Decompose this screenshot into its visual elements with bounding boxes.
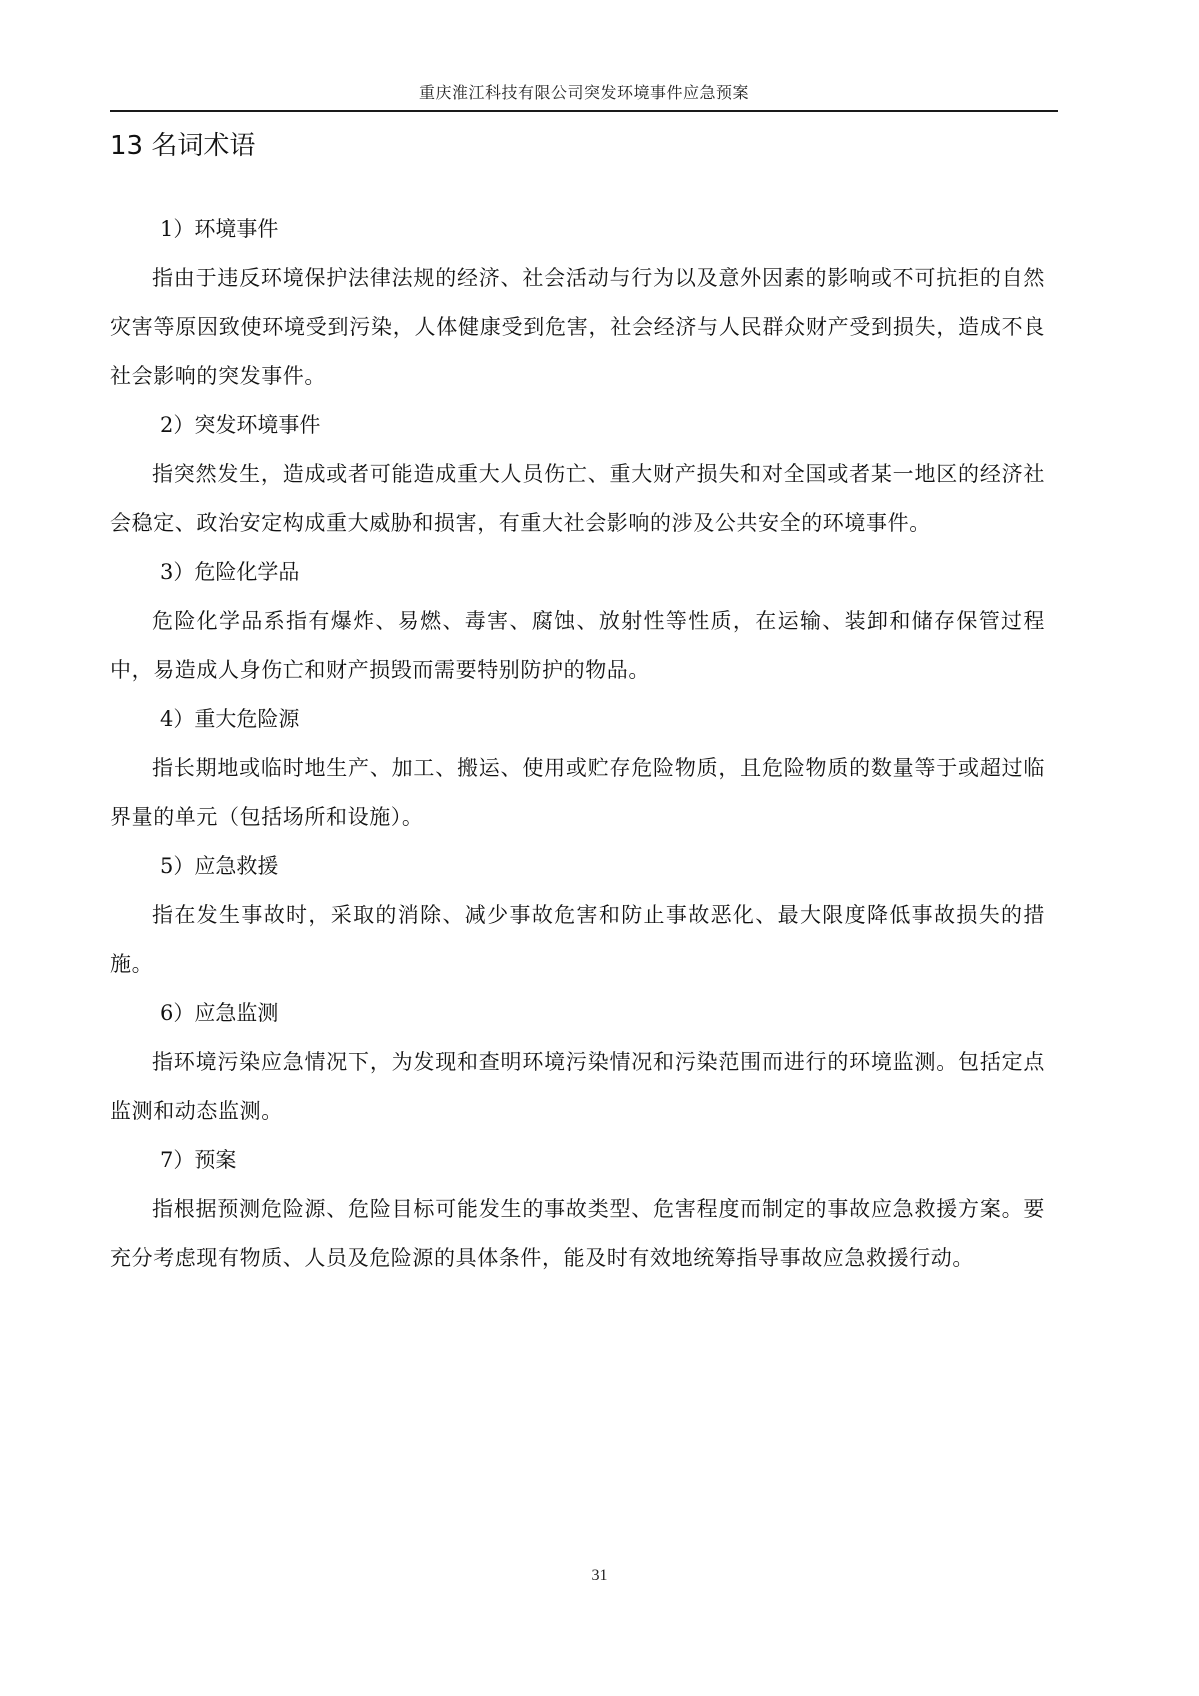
page-number: 31 xyxy=(0,1567,1199,1585)
header-divider xyxy=(110,110,1058,112)
running-header: 重庆淮江科技有限公司突发环境事件应急预案 xyxy=(110,82,1058,104)
term-heading: 7）预案 xyxy=(110,1136,1045,1185)
term-item-emergency-monitoring: 6）应急监测 指环境污染应急情况下，为发现和查明环境污染情况和污染范围而进行的环… xyxy=(110,989,1045,1136)
term-heading: 3）危险化学品 xyxy=(110,548,1045,597)
term-definition: 指长期地或临时地生产、加工、搬运、使用或贮存危险物质，且危险物质的数量等于或超过… xyxy=(110,744,1045,842)
term-item-emergency-rescue: 5）应急救援 指在发生事故时，采取的消除、减少事故危害和防止事故恶化、最大限度降… xyxy=(110,842,1045,989)
term-item-sudden-environmental-event: 2）突发环境事件 指突然发生，造成或者可能造成重大人员伤亡、重大财产损失和对全国… xyxy=(110,401,1045,548)
term-heading: 1）环境事件 xyxy=(110,205,1045,254)
term-definition: 指环境污染应急情况下，为发现和查明环境污染情况和污染范围而进行的环境监测。包括定… xyxy=(110,1038,1045,1136)
term-item-major-hazard-source: 4）重大危险源 指长期地或临时地生产、加工、搬运、使用或贮存危险物质，且危险物质… xyxy=(110,695,1045,842)
term-heading: 4）重大危险源 xyxy=(110,695,1045,744)
term-definition: 指由于违反环境保护法律法规的经济、社会活动与行为以及意外因素的影响或不可抗拒的自… xyxy=(110,254,1045,401)
section-title: 13 名词术语 xyxy=(110,128,255,164)
term-definition: 指根据预测危险源、危险目标可能发生的事故类型、危害程度而制定的事故应急救援方案。… xyxy=(110,1185,1045,1283)
term-heading: 6）应急监测 xyxy=(110,989,1045,1038)
terms-list: 1）环境事件 指由于违反环境保护法律法规的经济、社会活动与行为以及意外因素的影响… xyxy=(110,205,1045,1283)
term-item-environmental-event: 1）环境事件 指由于违反环境保护法律法规的经济、社会活动与行为以及意外因素的影响… xyxy=(110,205,1045,401)
term-heading: 5）应急救援 xyxy=(110,842,1045,891)
term-definition: 指在发生事故时，采取的消除、减少事故危害和防止事故恶化、最大限度降低事故损失的措… xyxy=(110,891,1045,989)
term-item-hazardous-chemicals: 3）危险化学品 危险化学品系指有爆炸、易燃、毒害、腐蚀、放射性等性质，在运输、装… xyxy=(110,548,1045,695)
term-heading: 2）突发环境事件 xyxy=(110,401,1045,450)
term-definition: 危险化学品系指有爆炸、易燃、毒害、腐蚀、放射性等性质，在运输、装卸和储存保管过程… xyxy=(110,597,1045,695)
term-definition: 指突然发生，造成或者可能造成重大人员伤亡、重大财产损失和对全国或者某一地区的经济… xyxy=(110,450,1045,548)
term-item-contingency-plan: 7）预案 指根据预测危险源、危险目标可能发生的事故类型、危害程度而制定的事故应急… xyxy=(110,1136,1045,1283)
